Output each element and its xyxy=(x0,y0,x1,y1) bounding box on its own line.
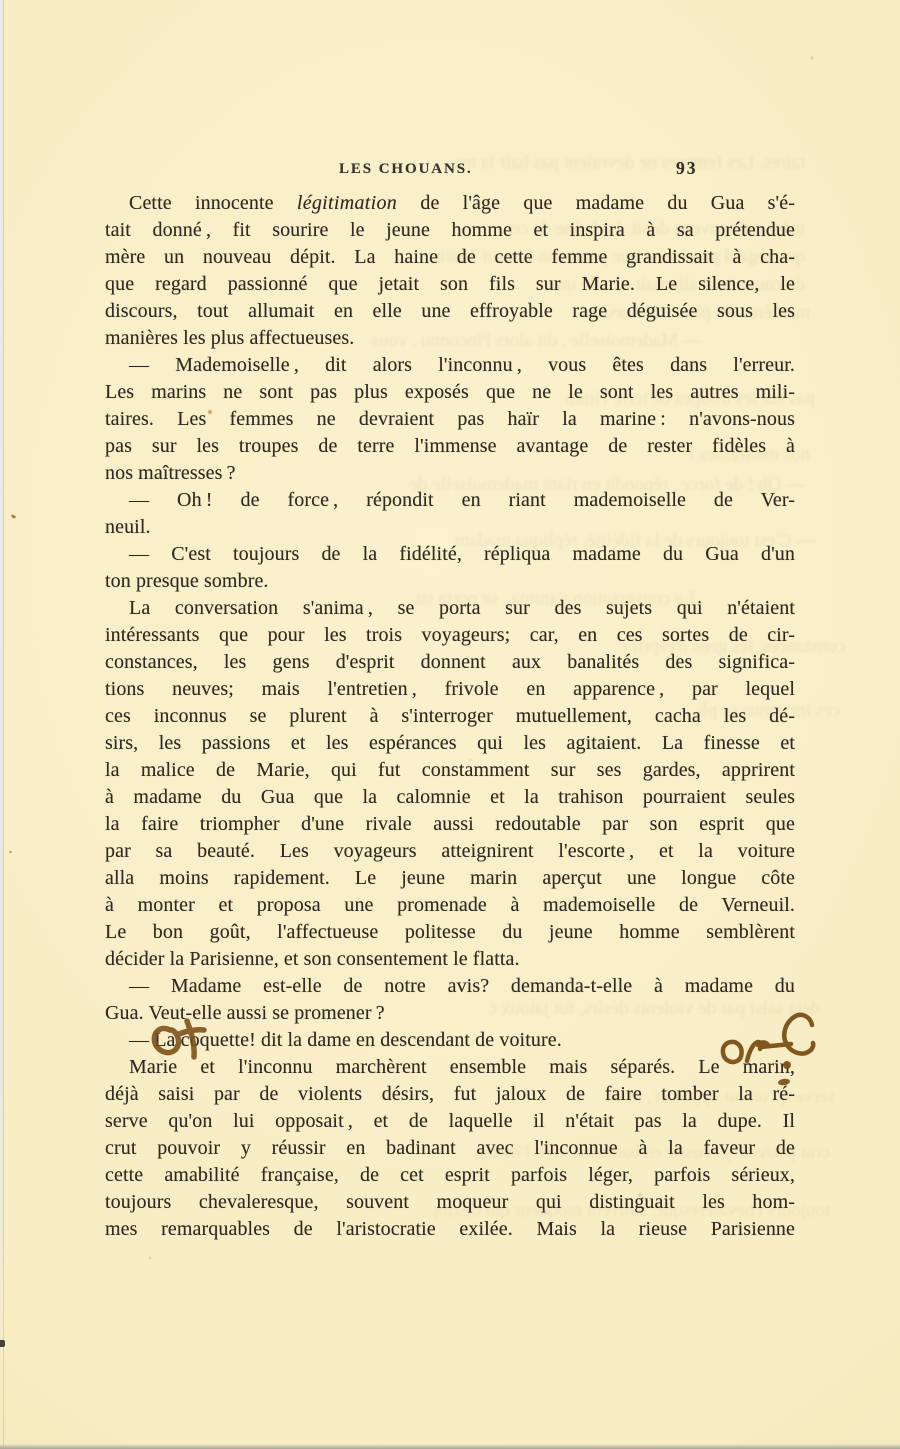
text-line: — C'est toujours de la fidélité, répliqu… xyxy=(105,541,795,568)
text-line: alla moins rapidement. Le jeune marin ap… xyxy=(105,865,795,892)
text-segment: sirs, les passions et les espérances qui… xyxy=(105,732,795,754)
ink-scribble-over-word xyxy=(148,1016,210,1062)
text-line: mère un nouveau dépit. La haine de cette… xyxy=(105,244,795,271)
text-segment: mes remarquables de l'aristocratie exilé… xyxy=(105,1218,795,1240)
text-line: — Mademoiselle , dit alors l'inconnu , v… xyxy=(105,352,795,379)
text-segment: toujours chevaleresque, souvent moqueur … xyxy=(105,1191,795,1213)
letter-c-stroke xyxy=(784,1015,813,1054)
text-segment: La conversation s'anima , se porta sur d… xyxy=(129,597,795,619)
text-segment: de l'âge que madame du Gua s'é- xyxy=(397,192,795,214)
text-line: taires. Les femmes ne devraient pas haïr… xyxy=(105,406,795,433)
letter-o-stroke xyxy=(723,1042,742,1062)
text-segment: tions neuves; mais l'entretien , frivole… xyxy=(105,678,795,700)
text-line: par sa beauté. Les voyageurs atteigniren… xyxy=(105,838,795,865)
text-segment: par sa beauté. Les voyageurs atteigniren… xyxy=(105,840,795,862)
text-line: nos maîtresses ? xyxy=(105,460,795,487)
ink-dot-upper xyxy=(783,1061,791,1069)
text-segment: serve qu'on lui opposait , et de laquell… xyxy=(105,1110,795,1132)
text-segment: la faire triompher d'une rivale aussi re… xyxy=(105,813,795,835)
text-segment: à monter et proposa une promenade à made… xyxy=(105,894,795,916)
text-line: déjà saisi par de violents désirs, fut j… xyxy=(105,1081,795,1108)
ghost-text-line: taires. Les femmes ne devraient pas haïr… xyxy=(455,152,805,174)
text-segment: alla moins rapidement. Le jeune marin ap… xyxy=(105,867,795,889)
text-segment: ton presque sombre. xyxy=(105,570,269,592)
text-line: mes remarquables de l'aristocratie exilé… xyxy=(105,1216,795,1243)
text-line: sirs, les passions et les espérances qui… xyxy=(105,730,795,757)
ink-dot-lower xyxy=(778,1078,791,1086)
text-line: constances, les gens d'esprit donnent au… xyxy=(105,649,795,676)
scan-mark-bottom-left xyxy=(0,1340,5,1347)
italic-text-segment: légitimation xyxy=(297,192,397,214)
text-line: serve qu'on lui opposait , et de laquell… xyxy=(105,1108,795,1135)
text-segment: intéressants que pour les trois voyageur… xyxy=(105,624,795,646)
text-segment: nos maîtresses ? xyxy=(105,462,236,484)
text-line: — Madame est-elle de notre avis? demanda… xyxy=(105,973,795,1000)
text-line: Le bon goût, l'affectueuse politesse du … xyxy=(105,919,795,946)
text-line: ton presque sombre. xyxy=(105,568,795,595)
text-line: neuil. xyxy=(105,514,795,541)
text-segment: manières les plus affectueuses. xyxy=(105,327,354,349)
text-line: la faire triompher d'une rivale aussi re… xyxy=(105,811,795,838)
page-number: 93 xyxy=(676,158,698,179)
text-segment: tait donné , fit sourire le jeune homme … xyxy=(105,219,795,241)
text-segment: pas sur les troupes de terre l'immense a… xyxy=(105,435,795,457)
text-line: — Oh ! de force , répondit en riant made… xyxy=(105,487,795,514)
running-header-title: LES CHOUANS. xyxy=(339,161,473,178)
text-segment: neuil. xyxy=(105,516,151,538)
scanned-book-page: taires. Les femmes ne devraient pas haïr… xyxy=(0,0,900,1449)
text-line: toujours chevaleresque, souvent moqueur … xyxy=(105,1189,795,1216)
text-line: manières les plus affectueuses. xyxy=(105,325,795,352)
text-line: crut pouvoir y réussir en badinant avec … xyxy=(105,1135,795,1162)
text-segment: déjà saisi par de violents désirs, fut j… xyxy=(105,1083,795,1105)
text-segment: — Oh ! de force , répondit en riant made… xyxy=(129,489,795,511)
text-line: discours, tout allumait en elle une effr… xyxy=(105,298,795,325)
text-segment: discours, tout allumait en elle une effr… xyxy=(105,300,795,322)
text-line: que regard passionné que jetait son fils… xyxy=(105,271,795,298)
text-segment: que regard passionné que jetait son fils… xyxy=(105,273,795,295)
text-line: Cette innocente légitimation de l'âge qu… xyxy=(105,190,795,217)
text-segment: Le bon goût, l'affectueuse politesse du … xyxy=(105,921,795,943)
text-segment: mère un nouveau dépit. La haine de cette… xyxy=(105,246,795,268)
scan-edge-left xyxy=(0,0,4,1449)
text-segment: — C'est toujours de la fidélité, répliqu… xyxy=(129,543,795,565)
handwritten-margin-annotation xyxy=(713,1008,825,1100)
text-segment: la malice de Marie, qui fut constamment … xyxy=(105,759,795,781)
text-segment: décider la Parisienne, et son consenteme… xyxy=(105,948,520,970)
text-line: pas sur les troupes de terre l'immense a… xyxy=(105,433,795,460)
paper-fleck xyxy=(9,851,13,854)
text-line: à monter et proposa une promenade à made… xyxy=(105,892,795,919)
text-line: à madame du Gua que la calomnie et la tr… xyxy=(105,784,795,811)
text-line: Les marins ne sont pas plus exposés que … xyxy=(105,379,795,406)
text-line: la malice de Marie, qui fut constamment … xyxy=(105,757,795,784)
text-segment: — Mademoiselle , dit alors l'inconnu , v… xyxy=(129,354,795,376)
text-segment: crut pouvoir y réussir en badinant avec … xyxy=(105,1137,795,1159)
text-segment: constances, les gens d'esprit donnent au… xyxy=(105,651,795,673)
text-line: La conversation s'anima , se porta sur d… xyxy=(105,595,795,622)
text-segment: ces inconnus se plurent à s'interroger m… xyxy=(105,705,795,727)
text-segment: — Madame est-elle de notre avis? demanda… xyxy=(129,975,795,997)
text-segment: Gua. Veut-elle aussi se promener ? xyxy=(105,1002,385,1024)
text-line: intéressants que pour les trois voyageur… xyxy=(105,622,795,649)
paper-fleck xyxy=(11,514,17,519)
text-line: ces inconnus se plurent à s'interroger m… xyxy=(105,703,795,730)
text-segment: Les marins ne sont pas plus exposés que … xyxy=(105,381,795,403)
text-segment: Marie et l'inconnu marchèrent ensemble m… xyxy=(129,1056,795,1078)
text-line: décider la Parisienne, et son consenteme… xyxy=(105,946,795,973)
text-line: cette amabilité française, de cet esprit… xyxy=(105,1162,795,1189)
text-segment: cette amabilité française, de cet esprit… xyxy=(105,1164,795,1186)
text-segment: à madame du Gua que la calomnie et la tr… xyxy=(105,786,795,808)
body-text-block: Cette innocente légitimation de l'âge qu… xyxy=(105,190,795,1243)
scan-edge-bottom xyxy=(0,1444,900,1449)
text-line: tions neuves; mais l'entretien , frivole… xyxy=(105,676,795,703)
text-line: tait donné , fit sourire le jeune homme … xyxy=(105,217,795,244)
text-segment: taires. Les femmes ne devraient pas haïr… xyxy=(105,408,795,430)
text-segment: Cette innocente xyxy=(129,192,297,214)
